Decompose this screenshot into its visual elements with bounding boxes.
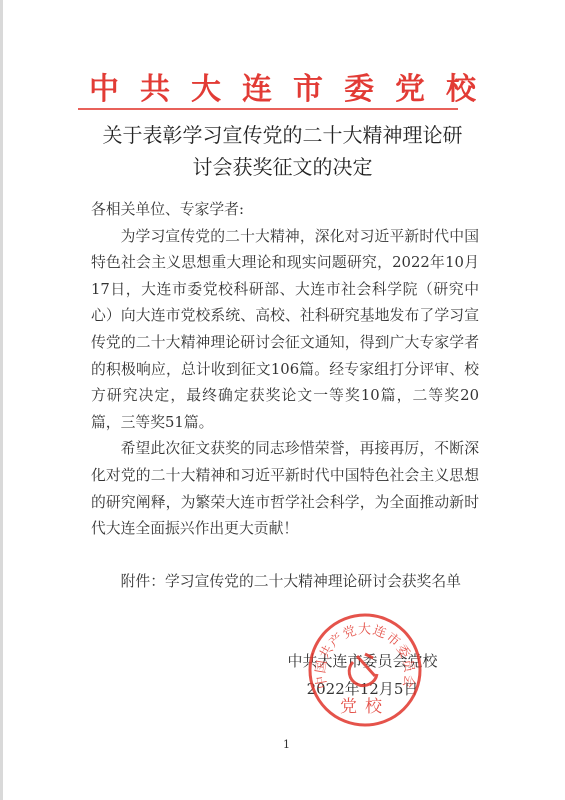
paragraph-1: 为学习宣传党的二十大精神，深化对习近平新时代中国特色社会主义思想重大理论和现实问… bbox=[91, 224, 479, 437]
attachment-note: 附件：学习宣传党的二十大精神理论研讨会获奖名单 bbox=[91, 569, 479, 596]
red-divider-line bbox=[78, 108, 458, 110]
signature-date: 2022年12月5日 bbox=[265, 675, 460, 703]
document-title: 关于表彰学习宣传党的二十大精神理论研 讨会获奖征文的决定 bbox=[0, 119, 565, 183]
spacer bbox=[91, 543, 479, 569]
title-line-1: 关于表彰学习宣传党的二十大精神理论研 bbox=[0, 119, 565, 151]
signature-org: 中共大连市委员会党校 bbox=[265, 647, 460, 675]
page-number: 1 bbox=[283, 738, 290, 751]
title-line-2: 讨会获奖征文的决定 bbox=[0, 151, 565, 183]
signature-block: 中共大连市委员会党校 2022年12月5日 bbox=[265, 647, 460, 703]
document-body: 各相关单位、专家学者: 为学习宣传党的二十大精神，深化对习近平新时代中国特色社会… bbox=[91, 197, 479, 595]
masthead: 中共大连市委党校 bbox=[0, 72, 565, 108]
paragraph-2: 希望此次征文获奖的同志珍惜荣誉，再接再厉，不断深化对党的二十大精神和习近平新时代… bbox=[91, 436, 479, 542]
salutation: 各相关单位、专家学者: bbox=[91, 197, 479, 224]
